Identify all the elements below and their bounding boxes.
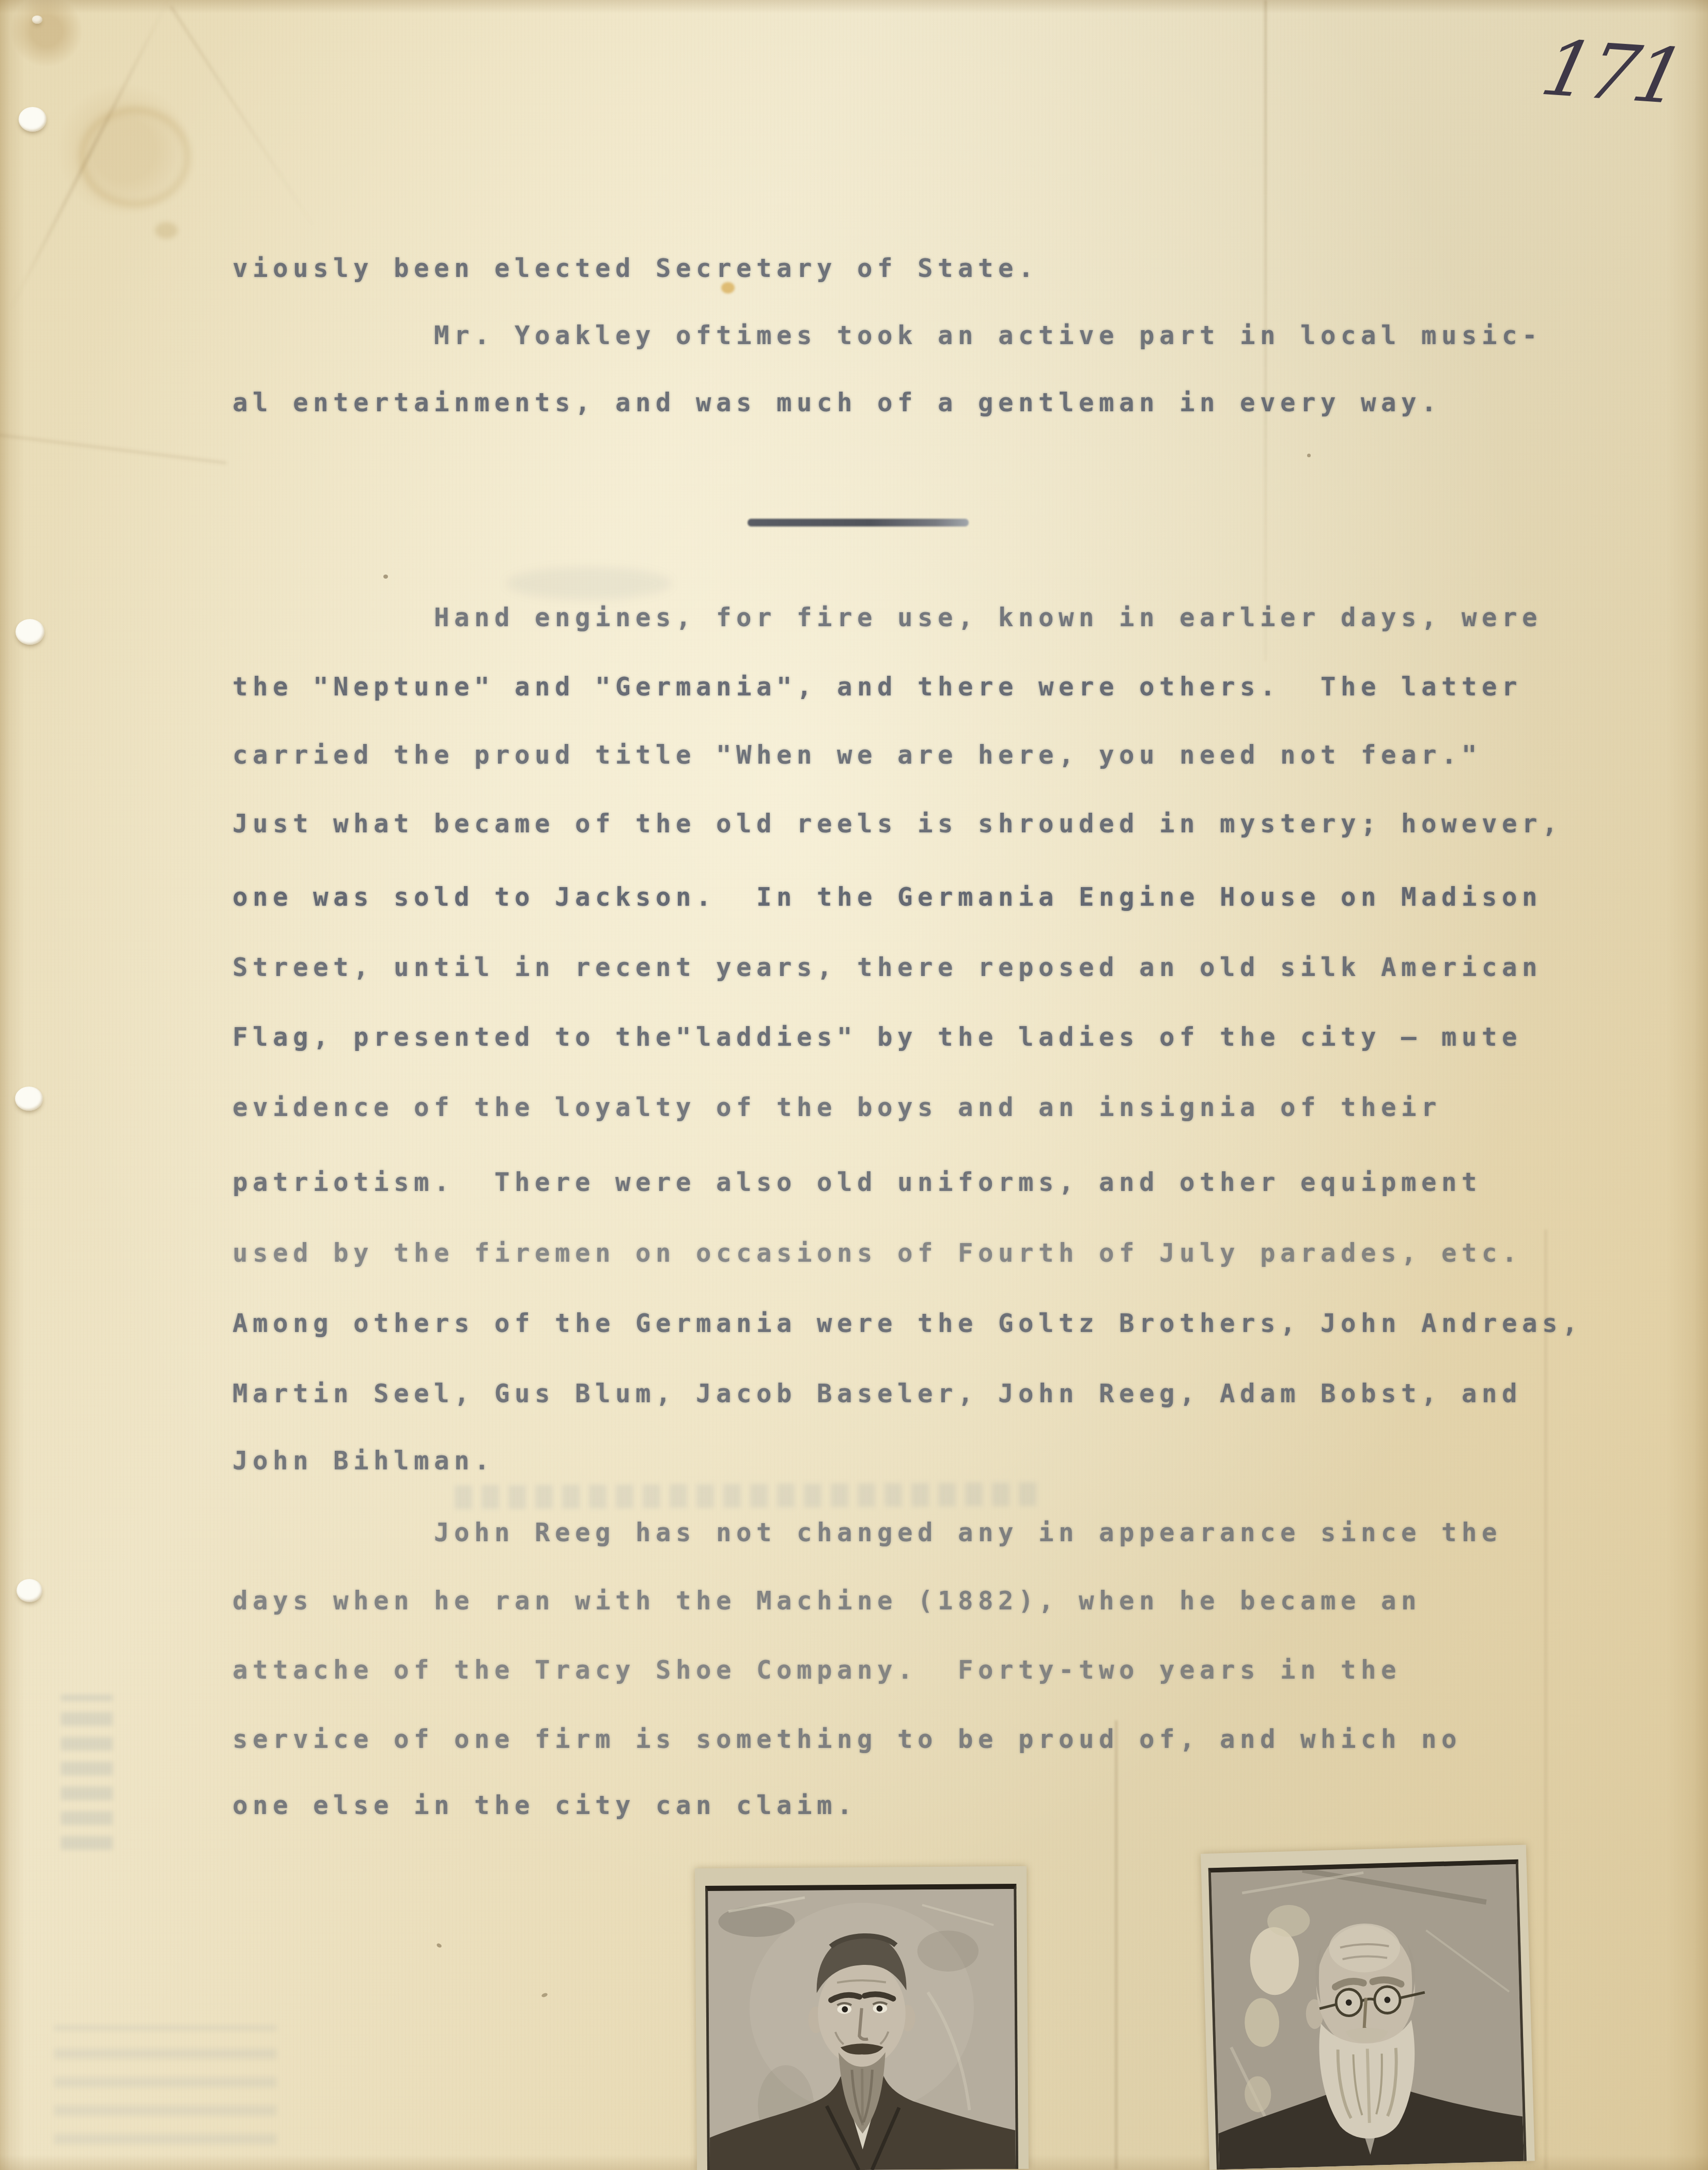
typed-line: used by the firemen on occasions of Four… bbox=[232, 1241, 1522, 1266]
typed-line: Mr. Yoakley oftimes took an active part … bbox=[434, 323, 1542, 348]
typed-line: days when he ran with the Machine (1882)… bbox=[232, 1588, 1421, 1614]
typed-line: carried the proud title "When we are her… bbox=[232, 742, 1482, 768]
paper-crease bbox=[1545, 1230, 1547, 2170]
punch-hole bbox=[32, 16, 42, 24]
typed-line: John Bihlman. bbox=[232, 1448, 494, 1474]
typed-line: evidence of the loyalty of the boys and … bbox=[232, 1095, 1441, 1120]
paper-speck bbox=[541, 1992, 548, 1998]
paper-crease bbox=[0, 433, 227, 464]
paper-stain bbox=[721, 282, 735, 293]
typed-line: Just what became of the old reels is shr… bbox=[232, 811, 1562, 836]
ink-bleedthrough bbox=[506, 567, 672, 599]
typed-line: Martin Seel, Gus Blum, Jacob Baseler, Jo… bbox=[232, 1381, 1522, 1406]
typed-line: Street, until in recent years, there rep… bbox=[232, 955, 1542, 980]
scanned-scrapbook-page: 171 viously been elected Secretary of St… bbox=[0, 0, 1708, 2170]
paper-crease bbox=[1115, 1721, 1117, 2170]
portrait-man-chin-beard bbox=[708, 1889, 1016, 2170]
typed-line: viously been elected Secretary of State. bbox=[232, 256, 1038, 281]
typed-line: John Reeg has not changed any in appeara… bbox=[434, 1520, 1502, 1545]
portrait-photo-right bbox=[1201, 1845, 1535, 2169]
typed-line: Hand engines, for fire use, known in ear… bbox=[434, 605, 1542, 630]
typed-separator-line bbox=[748, 519, 969, 526]
paper-speck bbox=[1307, 454, 1311, 457]
punch-hole bbox=[19, 107, 46, 132]
punch-hole bbox=[15, 619, 44, 645]
paper-speck bbox=[383, 575, 388, 579]
portrait-man-spectacles-beard bbox=[1211, 1864, 1524, 2169]
paper-crease bbox=[8, 0, 170, 312]
ink-bleedthrough bbox=[54, 2025, 276, 2144]
handwritten-page-number: 171 bbox=[1535, 30, 1686, 115]
typed-line: al entertainments, and was much of a gen… bbox=[232, 390, 1441, 415]
typed-line: patriotism. There were also old uniforms… bbox=[232, 1170, 1482, 1195]
punch-hole bbox=[17, 1579, 42, 1602]
portrait-photo-left bbox=[695, 1866, 1029, 2170]
typed-line: service of one firm is something to be p… bbox=[232, 1727, 1462, 1752]
paper-crease bbox=[170, 6, 318, 232]
photo-frame bbox=[705, 1884, 1018, 2170]
ink-bleedthrough bbox=[61, 1695, 113, 1850]
typed-line: Flag, presented to the"laddies" by the l… bbox=[232, 1025, 1522, 1050]
typed-line: one was sold to Jackson. In the Germania… bbox=[232, 885, 1542, 910]
paper-stain bbox=[155, 222, 178, 239]
photo-frame bbox=[1208, 1859, 1527, 2170]
paper-stain bbox=[79, 106, 191, 208]
ink-bleedthrough bbox=[455, 1482, 1038, 1509]
typed-line: Among others of the Germania were the Go… bbox=[232, 1311, 1582, 1336]
paper-speck bbox=[436, 1943, 442, 1948]
punch-hole bbox=[15, 1087, 43, 1111]
typed-line: one else in the city can claim. bbox=[232, 1793, 857, 1818]
typed-line: attache of the Tracy Shoe Company. Forty… bbox=[232, 1657, 1401, 1683]
typed-line: the "Neptune" and "Germania", and there … bbox=[232, 674, 1522, 700]
